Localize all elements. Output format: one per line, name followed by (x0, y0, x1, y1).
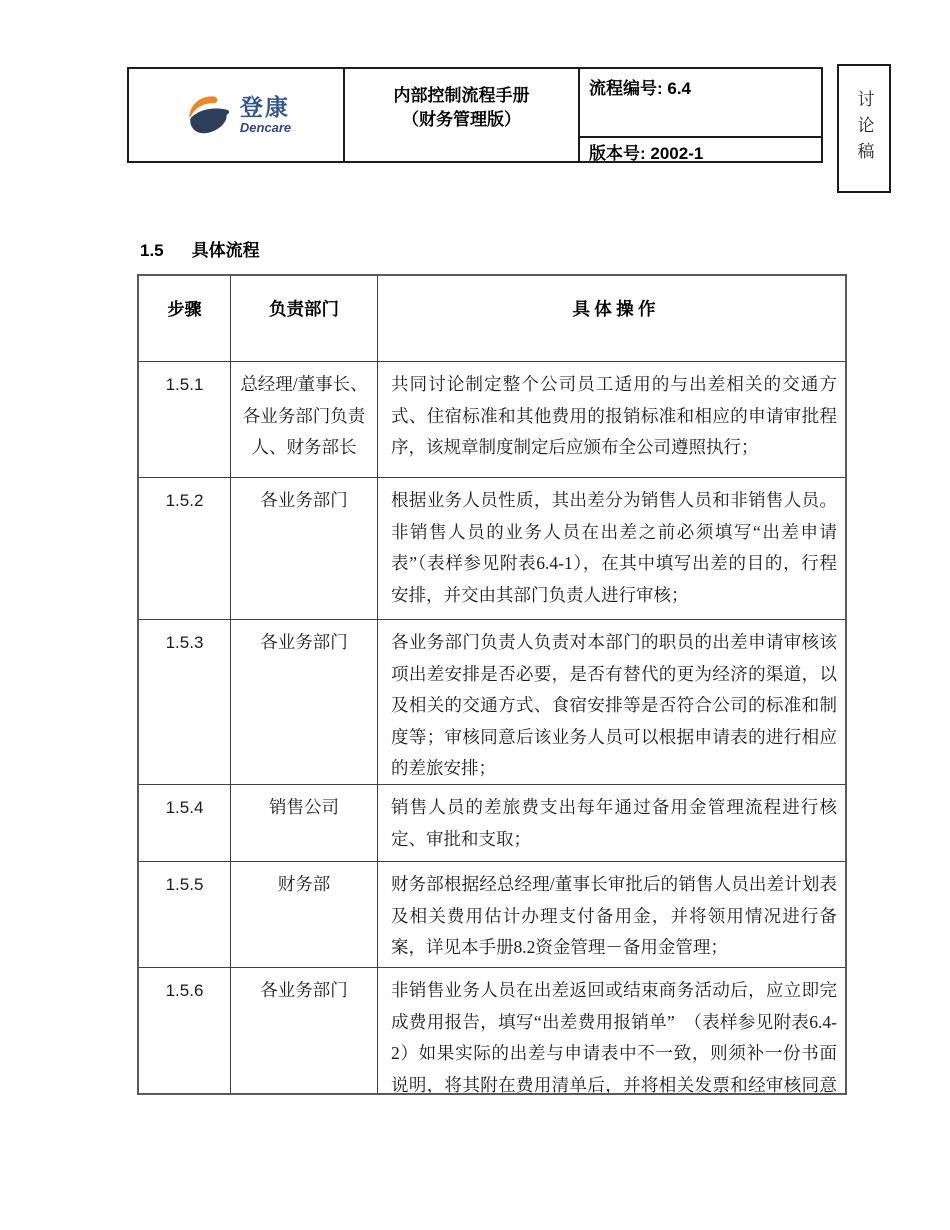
department-cell: 各业务部门 (231, 968, 378, 1093)
step-cell: 1.5.6 (139, 968, 231, 1093)
step-cell: 1.5.3 (139, 620, 231, 784)
draft-stamp-label: 讨论稿 (852, 90, 877, 168)
section-number: 1.5 (140, 241, 164, 260)
process-table: 步骤 负责部门 具 体 操 作 1.5.1 总经理/董事长、各业务部门负责人、财… (137, 274, 847, 1095)
step-cell: 1.5.1 (139, 362, 231, 477)
operation-cell: 销售人员的差旅费支出每年通过备用金管理流程进行核定、审批和支取； (378, 785, 845, 861)
brand-name-english: Dencare (240, 121, 291, 134)
section-title: 具体流程 (192, 241, 260, 260)
operation-cell: 根据业务人员性质，其出差分为销售人员和非销售人员。非销售人员的业务人员在出差之前… (378, 478, 845, 619)
version-number: 版本号: 2002-1 (580, 138, 821, 161)
process-number: 流程编号: 6.4 (580, 69, 821, 138)
logo-cell: 登康 Dencare (129, 69, 345, 161)
title-line-1: 内部控制流程手册 (394, 84, 530, 108)
section-heading: 1.5具体流程 (140, 236, 260, 261)
codes-cell: 流程编号: 6.4 版本号: 2002-1 (580, 69, 821, 161)
department-cell: 财务部 (231, 862, 378, 967)
operation-cell: 财务部根据经总经理/董事长审批后的销售人员出差计划表及相关费用估计办理支付备用金… (378, 862, 845, 967)
header-department: 负责部门 (231, 276, 378, 361)
department-cell: 各业务部门 (231, 478, 378, 619)
operation-cell: 各业务部门负责人负责对本部门的职员的出差申请审核该项出差安排是否必要，是否有替代… (378, 620, 845, 784)
operation-cell: 非销售业务人员在出差返回或结束商务活动后，应立即完成费用报告，填写“出差费用报销… (378, 968, 845, 1093)
dencare-logo: 登康 Dencare (181, 92, 291, 138)
title-line-2: （财务管理版） (402, 108, 521, 132)
logo-text: 登康 Dencare (240, 96, 291, 134)
document-page: 登康 Dencare 内部控制流程手册 （财务管理版） 流程编号: 6.4 版本… (0, 0, 950, 1230)
table-header-row: 步骤 负责部门 具 体 操 作 (139, 276, 845, 362)
operation-cell: 共同讨论制定整个公司员工适用的与出差相关的交通方式、住宿标准和其他费用的报销标准… (378, 362, 845, 477)
table-row: 1.5.2 各业务部门 根据业务人员性质，其出差分为销售人员和非销售人员。非销售… (139, 478, 845, 620)
department-cell: 总经理/董事长、各业务部门负责人、财务部长 (231, 362, 378, 477)
header-operation: 具 体 操 作 (378, 276, 845, 361)
header-step: 步骤 (139, 276, 231, 361)
table-row: 1.5.5 财务部 财务部根据经总经理/董事长审批后的销售人员出差计划表及相关费… (139, 862, 845, 968)
brand-name-chinese: 登康 (240, 96, 291, 119)
document-title: 内部控制流程手册 （财务管理版） (345, 69, 580, 161)
department-cell: 各业务部门 (231, 620, 378, 784)
table-row: 1.5.3 各业务部门 各业务部门负责人负责对本部门的职员的出差申请审核该项出差… (139, 620, 845, 785)
table-row: 1.5.6 各业务部门 非销售业务人员在出差返回或结束商务活动后，应立即完成费用… (139, 968, 845, 1093)
table-row: 1.5.4 销售公司 销售人员的差旅费支出每年通过备用金管理流程进行核定、审批和… (139, 785, 845, 862)
document-header: 登康 Dencare 内部控制流程手册 （财务管理版） 流程编号: 6.4 版本… (127, 67, 823, 163)
logo-swoosh-navy-shape (190, 109, 229, 134)
step-cell: 1.5.2 (139, 478, 231, 619)
step-cell: 1.5.5 (139, 862, 231, 967)
dencare-logo-icon (181, 92, 233, 138)
step-cell: 1.5.4 (139, 785, 231, 861)
department-cell: 销售公司 (231, 785, 378, 861)
table-row: 1.5.1 总经理/董事长、各业务部门负责人、财务部长 共同讨论制定整个公司员工… (139, 362, 845, 478)
draft-stamp-box: 讨论稿 (837, 64, 891, 193)
